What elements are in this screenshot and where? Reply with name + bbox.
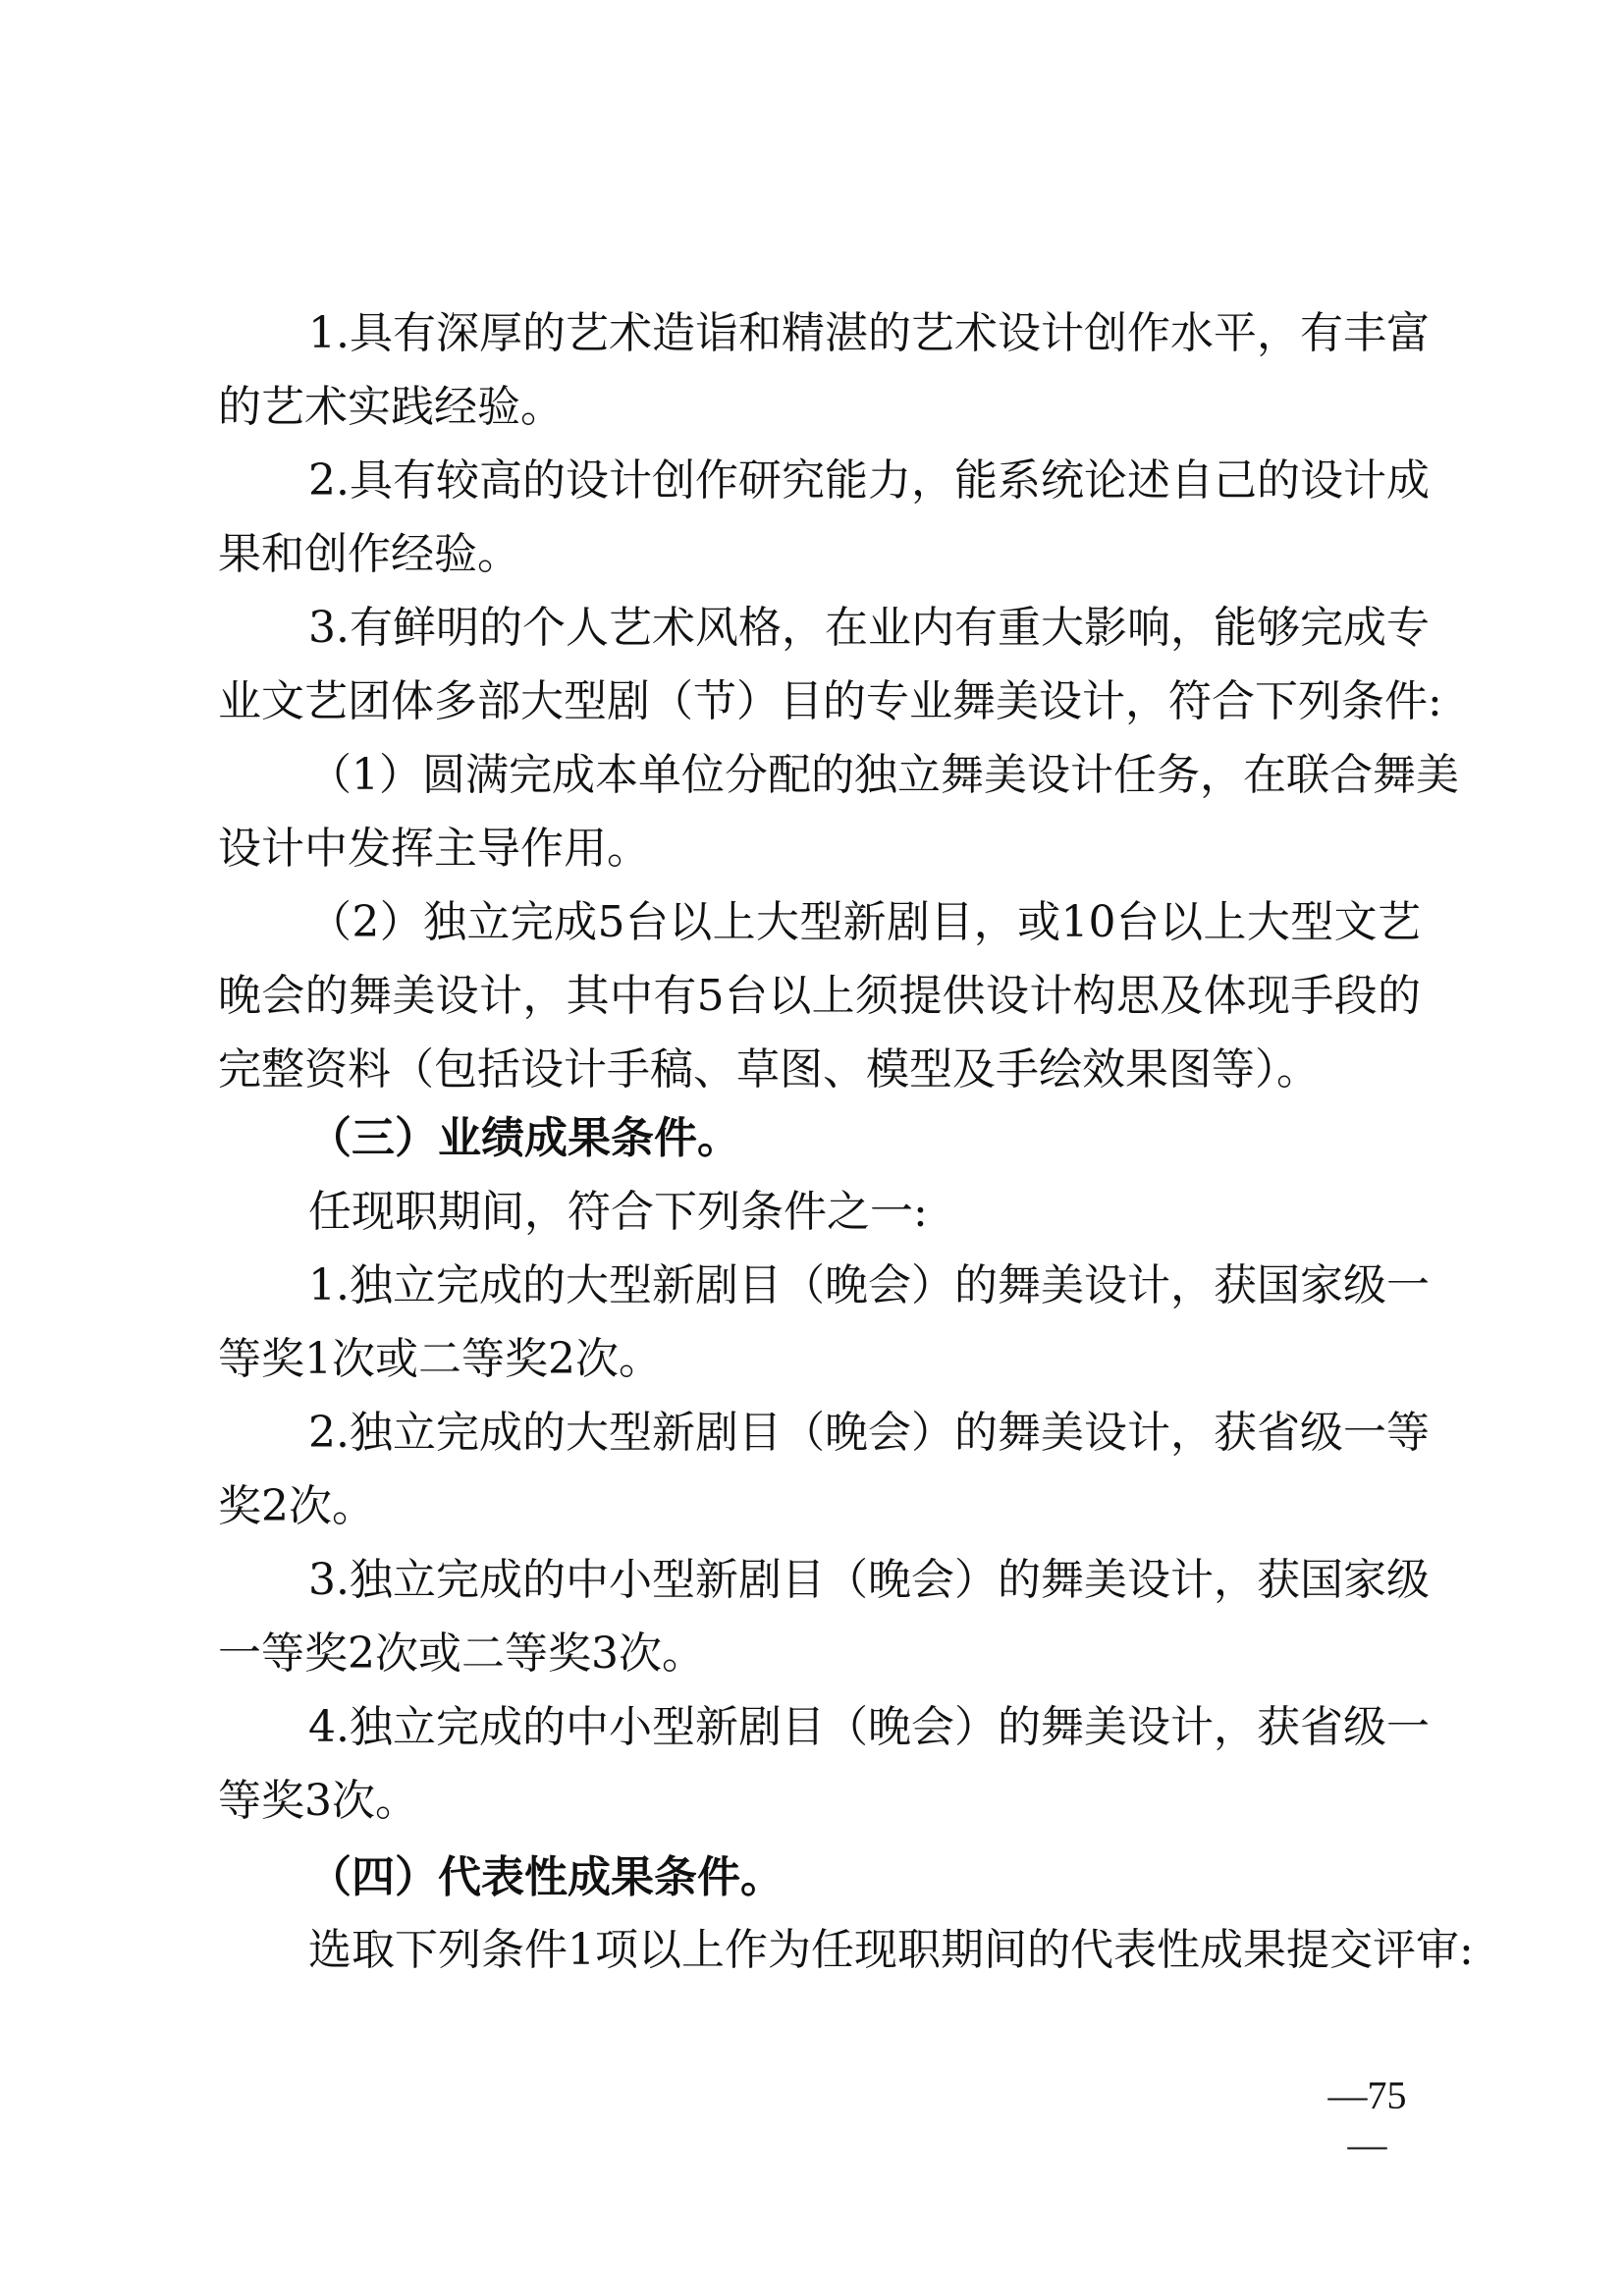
paragraph-line: 完整资料（包括设计手稿、草图、模型及手绘效果图等）。 (218, 1041, 1421, 1099)
paragraph-line: 2.独立完成的大型新剧目（晚会）的舞美设计，获省级一等 (218, 1404, 1421, 1463)
paragraph-line: 选取下列条件1项以上作为任现职期间的代表性成果提交评审: (218, 1921, 1421, 1980)
paragraph-line: 一等奖2次或二等奖3次。 (218, 1625, 1421, 1683)
paragraph-line: （2）独立完成5台以上大型新剧目，或10台以上大型文艺 (218, 893, 1421, 952)
paragraph-line: 2.具有较高的设计创作研究能力，能系统论述自己的设计成 (218, 452, 1421, 510)
section-heading: （三）业绩成果条件。 (218, 1109, 1421, 1168)
paragraph-line: 3.有鲜明的个人艺术风格，在业内有重大影响，能够完成专 (218, 599, 1421, 658)
paragraph-line: 晚会的舞美设计，其中有5台以上须提供设计构思及体现手段的 (218, 967, 1421, 1026)
paragraph-line: 4.独立完成的中小型新剧目（晚会）的舞美设计，获省级一 (218, 1698, 1421, 1757)
paragraph-line: 奖2次。 (218, 1477, 1421, 1536)
paragraph-line: 任现职期间，符合下列条件之一: (218, 1183, 1421, 1242)
paragraph-line: 设计中发挥主导作用。 (218, 820, 1421, 879)
paragraph-line: 1.独立完成的大型新剧目（晚会）的舞美设计，获国家级一 (218, 1256, 1421, 1315)
paragraph-line: 果和创作经验。 (218, 525, 1421, 584)
paragraph-line: 1.具有深厚的艺术造诣和精湛的艺术设计创作水平，有丰富 (218, 304, 1421, 363)
paragraph-line: （1）圆满完成本单位分配的独立舞美设计任务，在联合舞美 (218, 746, 1421, 805)
paragraph-line: 等奖3次。 (218, 1772, 1421, 1831)
section-heading: （四）代表性成果条件。 (218, 1848, 1421, 1907)
paragraph-line: 的艺术实践经验。 (218, 378, 1421, 437)
document-page: 1.具有深厚的艺术造诣和精湛的艺术设计创作水平，有丰富 的艺术实践经验。 2.具… (0, 0, 1623, 2296)
page-number: —75— (1311, 2071, 1424, 2120)
paragraph-line: 3.独立完成的中小型新剧目（晚会）的舞美设计，获国家级 (218, 1551, 1421, 1610)
paragraph-line: 等奖1次或二等奖2次。 (218, 1330, 1421, 1389)
paragraph-line: 业文艺团体多部大型剧（节）目的专业舞美设计，符合下列条件: (218, 672, 1421, 731)
